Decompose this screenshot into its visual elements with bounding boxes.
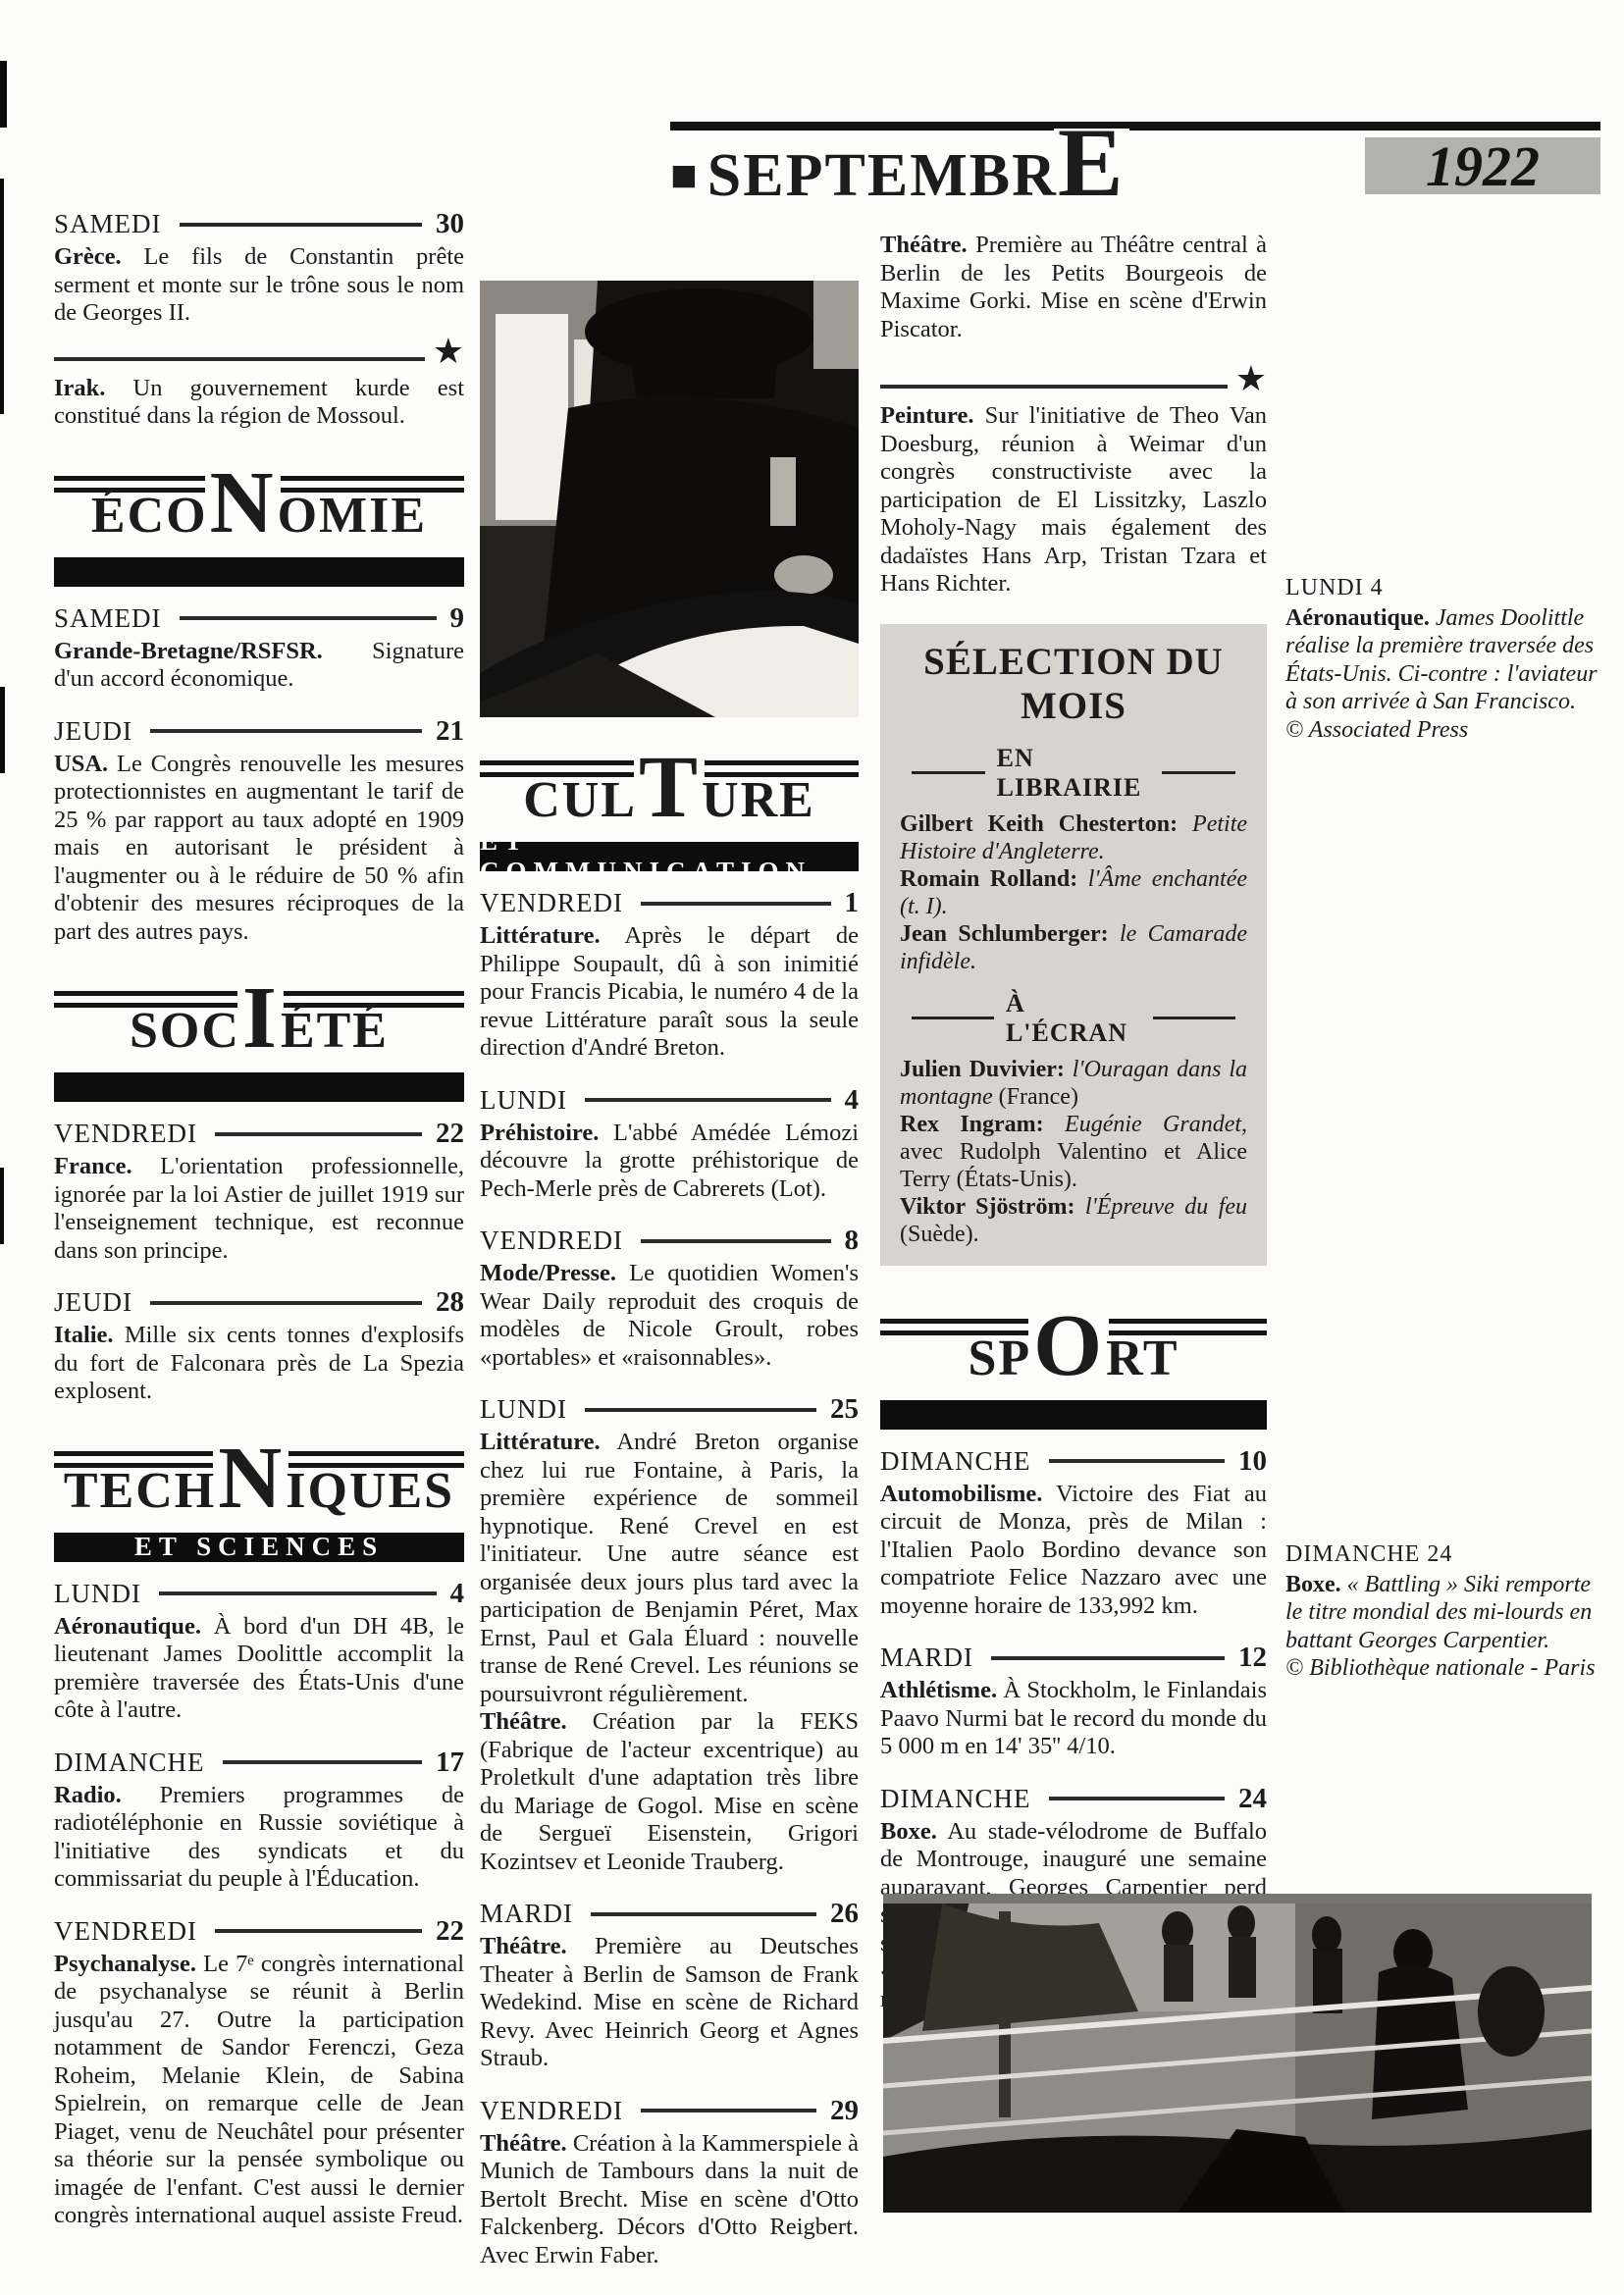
- section-title-bigletter: N: [208, 454, 278, 551]
- entry-lead: France.: [54, 1153, 132, 1179]
- head-rule: [150, 1301, 422, 1305]
- section-black-bar: [54, 1072, 464, 1102]
- entry-lead: Boxe.: [880, 1818, 937, 1845]
- selection-title: SÉLECTION DU MOIS: [900, 640, 1247, 728]
- boxing-photo: [883, 1894, 1592, 2213]
- section-subtitle: ET SCIENCES: [134, 1532, 384, 1562]
- day-label: LUNDI: [480, 1085, 567, 1116]
- film-director: Viktor Sjöström:: [900, 1194, 1074, 1220]
- section-title-text: SOC: [130, 1003, 240, 1059]
- section-title-bigletter: I: [240, 969, 281, 1067]
- margin-note-title: LUNDI 4: [1285, 574, 1607, 602]
- event-entry-starred: ★ Irak. Un gouvernement kurde est consti…: [54, 349, 464, 431]
- day-label: DIMANCHE: [54, 1747, 205, 1778]
- event-entry-continued: Théâtre. Première au Théâtre central à B…: [880, 232, 1267, 343]
- scan-artifact: [0, 61, 7, 128]
- month-title: ■SEPTEMBRE: [670, 140, 1126, 198]
- librairie-heading: EN LIBRAIRIE: [997, 744, 1151, 803]
- day-number: 22: [436, 1915, 464, 1948]
- section-header-sport: SPORT: [880, 1295, 1267, 1430]
- section-black-bar: ET COMMUNICATION: [480, 842, 859, 871]
- entry-lead: Aéronautique.: [54, 1613, 201, 1640]
- day-label: SAMEDI: [54, 209, 162, 239]
- entry-lead: Théâtre.: [480, 1933, 567, 1959]
- heading-rule: [912, 1017, 994, 1019]
- day-number: 29: [830, 2095, 859, 2127]
- head-rule: [159, 1591, 437, 1595]
- head-rule: [54, 357, 425, 361]
- event-entry: SAMEDI 30 Grèce. Le fils de Constantin p…: [54, 208, 464, 328]
- event-entry: VENDREDI 22 France. L'orientation profes…: [54, 1118, 464, 1265]
- entry-text: Sur l'initiative de Theo Van Doesburg, r…: [880, 402, 1267, 597]
- event-entry: JEUDI 21 USA. Le Congrès renouvelle les …: [54, 715, 464, 947]
- film-item: Viktor Sjöström: l'Épreuve du feu (Suède…: [900, 1193, 1247, 1248]
- day-number: 4: [450, 1578, 465, 1610]
- section-black-bar: ET SCIENCES: [54, 1533, 464, 1562]
- head-rule: [991, 1656, 1225, 1660]
- section-title-text: CUL: [523, 772, 637, 828]
- section-title-bigletter: T: [637, 739, 702, 836]
- day-number: 25: [830, 1393, 859, 1426]
- entry-lead: Grande-Bretagne/RSFSR.: [54, 638, 323, 664]
- day-number: 30: [436, 208, 464, 240]
- head-rule: [1049, 1459, 1226, 1463]
- head-rule: [215, 1132, 422, 1136]
- margin-note-title: DIMANCHE 24: [1285, 1540, 1607, 1569]
- event-entry: VENDREDI 29 Théâtre. Création à la Kamme…: [480, 2095, 859, 2270]
- head-rule: [150, 729, 422, 733]
- page-header: ■SEPTEMBRE 1922: [670, 94, 1600, 212]
- entry-text: André Breton organise chez lui rue Fonta…: [480, 1429, 859, 1707]
- entry-text: Mille six cents tonnes d'explosifs du fo…: [54, 1322, 464, 1404]
- heading-rule: [912, 771, 985, 774]
- day-label: VENDREDI: [480, 2096, 623, 2126]
- day-number: 4: [845, 1084, 860, 1117]
- book-author: Romain Rolland:: [900, 866, 1077, 892]
- book-item: Romain Rolland: l'Âme enchantée (t. I).: [900, 865, 1247, 920]
- event-entry: VENDREDI 8 Mode/Presse. Le quotidien Wom…: [480, 1225, 859, 1372]
- head-rule: [641, 2109, 816, 2112]
- day-number: 8: [845, 1225, 860, 1257]
- section-header-societe: SOCIÉTÉ: [54, 967, 464, 1102]
- entry-lead: Théâtre.: [480, 1708, 567, 1735]
- scan-artifact: [0, 687, 5, 773]
- section-title-text: OMIE: [278, 488, 427, 544]
- head-rule: [641, 1239, 831, 1243]
- day-label: MARDI: [880, 1643, 973, 1673]
- heading-rule: [1162, 771, 1235, 774]
- head-rule: [1049, 1797, 1226, 1800]
- film-director: Julien Duvivier:: [900, 1057, 1065, 1082]
- column-right: Théâtre. Première au Théâtre central à B…: [880, 232, 1267, 2035]
- day-label: DIMANCHE: [880, 1446, 1031, 1477]
- event-entry: JEUDI 28 Italie. Mille six cents tonnes …: [54, 1286, 464, 1406]
- film-director: Rex Ingram:: [900, 1112, 1044, 1137]
- event-entry: MARDI 12 Athlétisme. À Stockholm, le Fin…: [880, 1642, 1267, 1761]
- photo-credit: © Bibliothèque nationale - Paris: [1285, 1654, 1607, 1683]
- day-label: VENDREDI: [54, 1916, 197, 1947]
- section-header-culture: CULTURE ET COMMUNICATION: [480, 737, 859, 871]
- entry-lead: Psychanalyse.: [54, 1951, 196, 1977]
- film-note: (France): [999, 1084, 1078, 1110]
- entry-lead: Littérature.: [480, 922, 601, 949]
- entry-lead: Italie.: [54, 1322, 114, 1348]
- event-entry: LUNDI 4 Préhistoire. L'abbé Amédée Lémoz…: [480, 1084, 859, 1204]
- year-banner: 1922: [1365, 137, 1600, 194]
- film-note: avec Rudolph Valentino et Alice Terry (É…: [900, 1139, 1247, 1192]
- day-number: 9: [450, 602, 465, 635]
- square-bullet-icon: ■: [670, 150, 698, 200]
- day-label: LUNDI: [54, 1579, 141, 1609]
- scan-artifact: [0, 179, 4, 414]
- event-entry: VENDREDI 22 Psychanalyse. Le 7ᵉ congrès …: [54, 1915, 464, 2230]
- column-middle: CULTURE ET COMMUNICATION VENDREDI 1 Litt…: [480, 281, 859, 2291]
- day-label: SAMEDI: [54, 603, 162, 634]
- selection-du-mois-box: SÉLECTION DU MOIS EN LIBRAIRIE Gilbert K…: [880, 624, 1267, 1266]
- event-entry: DIMANCHE 17 Radio. Premiers programmes d…: [54, 1747, 464, 1894]
- section-title-text: TECH: [64, 1463, 216, 1519]
- section-title-text: SP: [968, 1330, 1031, 1386]
- head-rule: [223, 1760, 423, 1764]
- star-icon: ★: [1235, 369, 1267, 389]
- day-label: MARDI: [480, 1899, 573, 1929]
- head-rule: [591, 1912, 816, 1916]
- margin-note-lead: Aéronautique.: [1285, 605, 1430, 631]
- scan-artifact: [0, 1168, 4, 1244]
- head-rule: [180, 616, 437, 620]
- doolittle-photo: [480, 281, 859, 717]
- section-title-bigletter: N: [216, 1430, 286, 1527]
- entry-lead: Radio.: [54, 1782, 122, 1808]
- event-entry: MARDI 26 Théâtre. Première au Deutsches …: [480, 1898, 859, 2073]
- month-title-bigletter: E: [1058, 140, 1126, 184]
- section-black-bar: [880, 1400, 1267, 1430]
- day-number: 22: [436, 1118, 464, 1150]
- year-label: 1922: [1426, 133, 1540, 199]
- month-title-text: SEPTEMBR: [707, 142, 1058, 209]
- book-item: Gilbert Keith Chesterton: Petite Histoir…: [900, 810, 1247, 865]
- day-label: VENDREDI: [54, 1119, 197, 1149]
- entry-lead: Littérature.: [480, 1429, 601, 1455]
- day-label: VENDREDI: [480, 1226, 623, 1256]
- book-author: Gilbert Keith Chesterton:: [900, 811, 1178, 837]
- head-rule: [585, 1408, 816, 1412]
- section-title-text: RT: [1106, 1330, 1179, 1386]
- header-rule: [670, 122, 1600, 130]
- day-number: 17: [436, 1747, 464, 1779]
- event-entry: SAMEDI 9 Grande-Bretagne/RSFSR. Signatur…: [54, 602, 464, 694]
- section-title-text: IQUES: [286, 1463, 454, 1519]
- event-entry: LUNDI 25 Littérature. André Breton organ…: [480, 1393, 859, 1876]
- book-item: Jean Schlumberger: le Camarade infidèle.: [900, 920, 1247, 975]
- book-author: Jean Schlumberger:: [900, 921, 1109, 947]
- head-rule: [585, 1098, 831, 1102]
- day-number: 12: [1238, 1642, 1267, 1674]
- section-black-bar: [54, 557, 464, 587]
- entry-lead: Grèce.: [54, 243, 122, 270]
- section-title-text: ÉCO: [91, 488, 208, 544]
- event-entry: LUNDI 4 Aéronautique. À bord d'un DH 4B,…: [54, 1578, 464, 1725]
- film-title: l'Épreuve du feu: [1085, 1194, 1247, 1220]
- entry-lead: Mode/Presse.: [480, 1260, 616, 1286]
- day-label: JEUDI: [54, 716, 132, 747]
- section-title-text: URE: [702, 772, 815, 828]
- day-number: 26: [830, 1898, 859, 1930]
- entry-lead: Automobilisme.: [880, 1481, 1042, 1507]
- day-number: 21: [436, 715, 464, 748]
- entry-lead: Théâtre.: [480, 2130, 567, 2157]
- entry-text: Le Congrès renouvelle les mesures protec…: [54, 751, 464, 945]
- head-rule: [180, 223, 422, 227]
- event-entry: VENDREDI 1 Littérature. Après le départ …: [480, 887, 859, 1063]
- magazine-page: ■SEPTEMBRE 1922 SAMEDI 30 Grèce. Le fils…: [0, 0, 1624, 2295]
- margin-note-doolittle: LUNDI 4 Aéronautique. James Doolittle ré…: [1285, 574, 1607, 744]
- head-rule: [641, 902, 831, 906]
- entry-lead: Peinture.: [880, 402, 974, 429]
- day-number: 28: [436, 1286, 464, 1319]
- film-note: (Suède).: [900, 1222, 979, 1247]
- head-rule: [880, 385, 1228, 389]
- entry-lead: Préhistoire.: [480, 1120, 599, 1146]
- day-number: 10: [1238, 1445, 1267, 1478]
- day-label: JEUDI: [54, 1287, 132, 1318]
- margin-note-lead: Boxe.: [1285, 1572, 1341, 1597]
- entry-lead: Athlétisme.: [880, 1677, 997, 1703]
- heading-rule: [1153, 1017, 1235, 1019]
- film-item: Julien Duvivier: l'Ouragan dans la monta…: [900, 1056, 1247, 1111]
- entry-lead: Irak.: [54, 375, 105, 401]
- day-number: 24: [1238, 1783, 1267, 1815]
- margin-note-boxe: DIMANCHE 24 Boxe. « Battling » Siki remp…: [1285, 1540, 1607, 1683]
- film-item: Rex Ingram: Eugénie Grandet, avec Rudolp…: [900, 1111, 1247, 1193]
- ecran-heading: À L'ÉCRAN: [1006, 989, 1141, 1048]
- entry-text: Un gouvernement kurde est constitué dans…: [54, 375, 464, 430]
- event-entry: DIMANCHE 10 Automobilisme. Victoire des …: [880, 1445, 1267, 1621]
- entry-lead: Théâtre.: [880, 232, 968, 258]
- day-number: 1: [845, 887, 860, 919]
- day-label: VENDREDI: [480, 888, 623, 918]
- section-header-economie: ÉCONOMIE: [54, 452, 464, 587]
- column-left: SAMEDI 30 Grèce. Le fils de Constantin p…: [54, 208, 464, 2252]
- section-title-bigletter: O: [1031, 1297, 1106, 1394]
- entry-text: Le 7ᵉ congrès international de psychanal…: [54, 1951, 464, 2229]
- film-title: Eugénie Grandet,: [1065, 1112, 1247, 1137]
- section-title-text: ÉTÉ: [281, 1003, 389, 1059]
- day-label: LUNDI: [480, 1394, 567, 1425]
- photo-credit: © Associated Press: [1285, 716, 1607, 745]
- entry-lead: USA.: [54, 751, 108, 777]
- event-entry-starred: ★ Peinture. Sur l'initiative de Theo Van…: [880, 377, 1267, 599]
- day-label: DIMANCHE: [880, 1784, 1031, 1814]
- star-icon: ★: [433, 341, 464, 361]
- head-rule: [215, 1929, 422, 1933]
- section-header-techniques: TECHNIQUES ET SCIENCES: [54, 1428, 464, 1562]
